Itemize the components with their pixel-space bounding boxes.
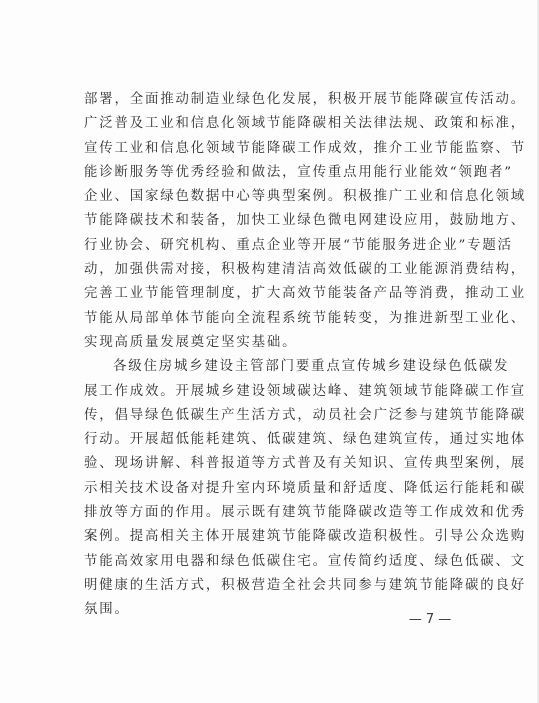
text-line: 宣传工业和信息化领域节能降碳工作成效，推介工业节能监察、节 bbox=[84, 137, 450, 161]
text-line: 行业协会、研究机构、重点企业等开展“节能服务进企业”专题活 bbox=[84, 234, 450, 258]
text-line: 案例。提高相关主体开展建筑节能降碳改造积极性。引导公众选购 bbox=[84, 525, 450, 549]
text-line: 能诊断服务等优秀经验和做法，宣传重点用能行业能效“领跑者” bbox=[84, 161, 450, 185]
document-page: 部署，全面推动制造业绿色化发展，积极开展节能降碳宣传活动。 广泛普及工业和信息化… bbox=[0, 0, 539, 703]
page-number: — 7 — bbox=[408, 612, 452, 627]
text-line: 传，倡导绿色低碳生产生活方式，动员社会广泛参与建筑节能降碳 bbox=[84, 404, 450, 428]
text-line: 实现高质量发展奠定坚实基础。 bbox=[84, 331, 450, 355]
text-line: 广泛普及工业和信息化领域节能降碳相关法律法规、政策和标准， bbox=[84, 112, 450, 136]
text-line: 验、现场讲解、科普报道等方式普及有关知识、宣传典型案例，展 bbox=[84, 452, 450, 476]
paragraph-urban-rural-construction: 各级住房城乡建设主管部门要重点宣传城乡建设绿色低碳发 展工作成效。开展城乡建设领… bbox=[84, 355, 450, 622]
text-line: 节能从局部单体节能向全流程系统节能转变，为推进新型工业化、 bbox=[84, 307, 450, 331]
text-line: 氛围。 bbox=[84, 598, 450, 622]
text-line: 各级住房城乡建设主管部门要重点宣传城乡建设绿色低碳发 bbox=[84, 355, 450, 379]
text-line: 明健康的生活方式，积极营造全社会共同参与建筑节能降碳的良好 bbox=[84, 574, 450, 598]
body-text: 部署，全面推动制造业绿色化发展，积极开展节能降碳宣传活动。 广泛普及工业和信息化… bbox=[84, 88, 450, 623]
text-line: 排放等方面的作用。展示既有建筑节能降碳改造等工作成效和优秀 bbox=[84, 501, 450, 525]
text-line: 节能高效家用电器和绿色低碳住宅。宣传简约适度、绿色低碳、文 bbox=[84, 550, 450, 574]
text-line: 动，加强供需对接，积极构建清洁高效低碳的工业能源消费结构， bbox=[84, 258, 450, 282]
text-line: 节能降碳技术和装备，加快工业绿色微电网建设应用，鼓励地方、 bbox=[84, 209, 450, 233]
text-line: 示相关技术设备对提升室内环境质量和舒适度、降低运行能耗和碳 bbox=[84, 477, 450, 501]
text-line: 完善工业节能管理制度，扩大高效节能装备产品等消费，推动工业 bbox=[84, 282, 450, 306]
text-line: 展工作成效。开展城乡建设领域碳达峰、建筑领域节能降碳工作宣 bbox=[84, 380, 450, 404]
paragraph-manufacturing-energy-saving: 部署，全面推动制造业绿色化发展，积极开展节能降碳宣传活动。 广泛普及工业和信息化… bbox=[84, 88, 450, 355]
text-line: 企业、国家绿色数据中心等典型案例。积极推广工业和信息化领域 bbox=[84, 185, 450, 209]
text-line: 部署，全面推动制造业绿色化发展，积极开展节能降碳宣传活动。 bbox=[84, 88, 450, 112]
text-line: 行动。开展超低能耗建筑、低碳建筑、绿色建筑宣传，通过实地体 bbox=[84, 428, 450, 452]
